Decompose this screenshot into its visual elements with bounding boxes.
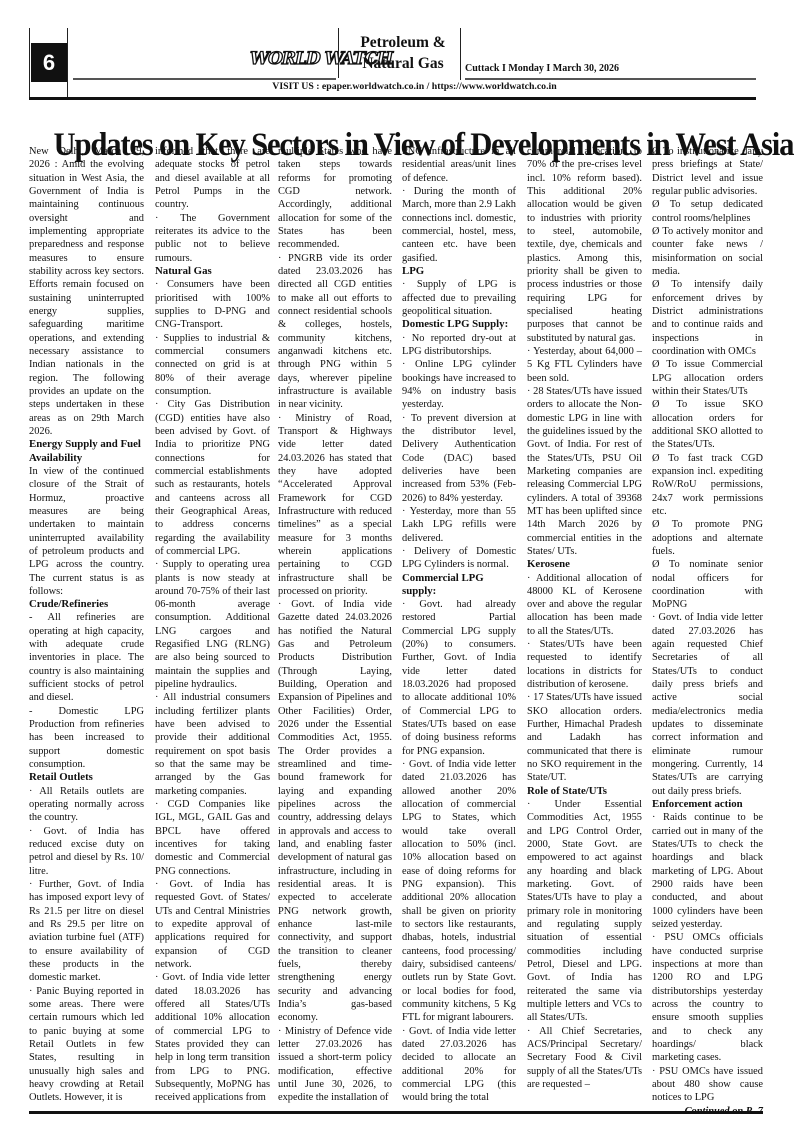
masthead-divider (460, 28, 461, 80)
paragraph: · To prevent diversion at the distributo… (402, 412, 516, 505)
paragraph: · During the month of March, more than 2… (402, 185, 516, 265)
subheading: Crude/Refineries (29, 598, 144, 611)
article-column-4: PNG infrastructure in all residential ar… (402, 145, 516, 1105)
paragraph: Ø To setup dedicated control rooms/helpl… (652, 198, 763, 225)
paragraph-continued: commercial allocation to 70% of the pre-… (527, 145, 642, 345)
subheading: Retail Outlets (29, 771, 144, 784)
paragraph: · The Government reiterates its advice t… (155, 212, 270, 265)
paragraph: - All refineries are operating at high c… (29, 611, 144, 704)
paragraph: Ø To nominate senior nodal officers for … (652, 558, 763, 611)
paragraph: Ø To issue Commercial LPG allocation ord… (652, 358, 763, 398)
paragraph-continued: Ø To institutionalize daily press briefi… (652, 145, 763, 198)
masthead-rule (29, 28, 30, 98)
article-column-3: multiple States who have taken steps tow… (278, 145, 392, 1105)
paragraph: · Yesterday, more than 55 Lakh LPG refil… (402, 505, 516, 545)
paragraph: · States/UTs have been requested to iden… (527, 638, 642, 691)
masthead-bottom-rule (29, 97, 756, 100)
paragraph: · Govt. of India has reduced excise duty… (29, 825, 144, 878)
paragraph: In view of the continued closure of the … (29, 465, 144, 598)
paragraph: · Yesterday, about 64,000 – 5 Kg FTL Cyl… (527, 345, 642, 385)
paragraph: · PNGRB vide its order dated 23.03.2026 … (278, 252, 392, 412)
paragraph: · Govt. of India vide letter dated 18.03… (155, 971, 270, 1104)
paragraph: · Consumers have been prioritised with 1… (155, 278, 270, 331)
subheading: Kerosene (527, 558, 642, 571)
paragraph: - Domestic LPG Production from refinerie… (29, 705, 144, 772)
paragraph-continued: informed that there are adequate stocks … (155, 145, 270, 212)
paragraph: · 17 States/UTs have issued SKO allocati… (527, 691, 642, 784)
paragraph: · All Chief Secretaries, ACS/Principal S… (527, 1025, 642, 1092)
paragraph-continued: PNG infrastructure in all residential ar… (402, 145, 516, 185)
article-column-1: New Delhi, March 29, 2026 : Amid the evo… (29, 145, 144, 1105)
paragraph: · Ministry of Defence vide letter 27.03.… (278, 1025, 392, 1105)
section-title-line2: Natural Gas (348, 53, 458, 74)
paragraph: Ø To intensify daily enforcement drives … (652, 278, 763, 358)
paragraph: · Govt. of India vide Gazette dated 24.0… (278, 598, 392, 1025)
paragraph: · Further, Govt. of India has imposed ex… (29, 878, 144, 985)
paragraph: Ø To actively monitor and counter fake n… (652, 225, 763, 278)
subheading: Role of State/UTs (527, 785, 642, 798)
article-column-2: informed that there are adequate stocks … (155, 145, 270, 1105)
paragraph: · PSU OMCs have issued about 480 show ca… (652, 1065, 763, 1105)
masthead-divider (338, 28, 339, 78)
paragraph: · Govt. had already restored Partial Com… (402, 598, 516, 758)
paragraph: · Govt. of India has requested Govt. of … (155, 878, 270, 971)
paragraph: · Supply of LPG is affected due to preva… (402, 278, 516, 318)
subheading: Domestic LPG Supply: (402, 318, 516, 331)
visit-us-links[interactable]: VISIT US : epaper.worldwatch.co.in / htt… (73, 81, 756, 92)
world-watch-logo: WORLD WATCH (250, 42, 338, 76)
paragraph: · PSU OMCs officials have conducted surp… (652, 931, 763, 1064)
subheading: Energy Supply and Fuel Availability (29, 438, 144, 465)
page-number: 6 (31, 43, 67, 82)
paragraph: New Delhi, March 29, 2026 : Amid the evo… (29, 145, 144, 438)
subheading: Enforcement action (652, 798, 763, 811)
paragraph: · Delivery of Domestic LPG Cylinders is … (402, 545, 516, 572)
paragraph: · Govt. of India vide letter dated 27.03… (402, 1025, 516, 1105)
paragraph: Ø To fast track CGD expansion incl. expe… (652, 452, 763, 519)
paragraph: · Online LPG cylinder bookings have incr… (402, 358, 516, 411)
paragraph: · Under Essential Commodities Act, 1955 … (527, 798, 642, 1025)
section-title-line1: Petroleum & (348, 32, 458, 53)
dateline: Cuttack I Monday I March 30, 2026 (465, 63, 619, 74)
paragraph-continued: multiple States who have taken steps tow… (278, 145, 392, 252)
article-column-5: commercial allocation to 70% of the pre-… (527, 145, 642, 1104)
paragraph: · CGD Companies like IGL, MGL, GAIL Gas … (155, 798, 270, 878)
paragraph: · City Gas Distribution (CGD) entities h… (155, 398, 270, 558)
subheading: Commercial LPG supply: (402, 572, 516, 599)
newspaper-page: 6 WORLD WATCH Petroleum & Natural Gas Cu… (0, 0, 800, 1143)
paragraph: Ø To promote PNG adoptions and alternate… (652, 518, 763, 558)
paragraph: · Supplies to industrial & commercial co… (155, 332, 270, 399)
article-column-6: Ø To institutionalize daily press briefi… (652, 145, 763, 1118)
paragraph: · No reported dry-out at LPG distributor… (402, 332, 516, 359)
paragraph: · Raids continue to be carried out in ma… (652, 811, 763, 931)
paragraph: · All Retails outlets are operating norm… (29, 785, 144, 825)
masthead-rule (73, 78, 336, 80)
paragraph: · Panic Buying reported in some areas. T… (29, 985, 144, 1105)
paragraph: · Govt. of India vide letter dated 21.03… (402, 758, 516, 1025)
spacer (527, 1091, 642, 1104)
section-title: Petroleum & Natural Gas (348, 32, 458, 74)
paragraph: · All industrial consumers including fer… (155, 691, 270, 798)
subheading: Natural Gas (155, 265, 270, 278)
paragraph: · Additional allocation of 48000 KL of K… (527, 572, 642, 639)
paragraph: · 28 States/UTs have issued orders to al… (527, 385, 642, 558)
masthead-rule (67, 28, 68, 98)
paragraph: · Govt. of India vide letter dated 27.03… (652, 611, 763, 798)
paragraph: · Ministry of Road, Transport & Highways… (278, 412, 392, 599)
paragraph: Ø To issue SKO allocation orders for add… (652, 398, 763, 451)
paragraph: · Supply to operating urea plants is now… (155, 558, 270, 691)
subheading: LPG (402, 265, 516, 278)
page-bottom-rule (29, 1111, 763, 1114)
masthead-rule (465, 78, 756, 80)
